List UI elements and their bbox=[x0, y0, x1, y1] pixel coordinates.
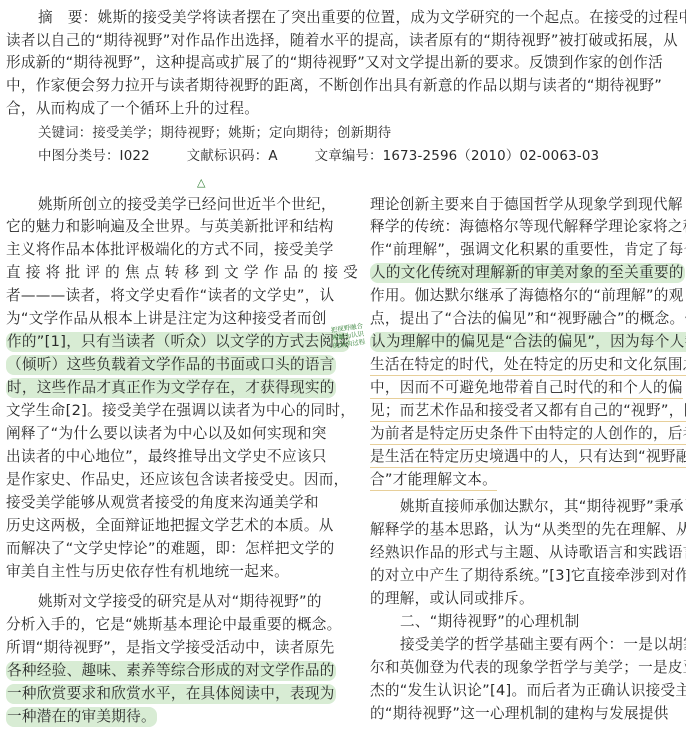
paragraph-line: 杰的“发生认识论”[4]。而后者为正确认识接受主体 bbox=[370, 681, 686, 701]
paragraph-line: 而解决了“文学史悖论”的难题，即：怎样把文学的 bbox=[6, 539, 335, 559]
article-meta: 中图分类号：I022 文献标识码：A 文章编号：1673-2596（2010）0… bbox=[38, 147, 599, 167]
underlined-line: 为前者是特定历史条件下由特定的人创作的，后者 bbox=[370, 424, 686, 445]
paragraph-line: 历史这两极，全面辩证地把握文学艺术的本质。从 bbox=[6, 516, 334, 536]
paragraph-line: 阐释了“为什么要以读者为中心以及如何实现和突 bbox=[6, 424, 327, 444]
paragraph-line: 的“期待视野”这一心理机制的建构与发展提供 bbox=[370, 704, 669, 724]
clc-number: I022 bbox=[120, 149, 150, 164]
highlighted-line: 一种欣赏要求和欣赏水平，在具体阅读中，表现为 bbox=[6, 684, 336, 704]
highlighted-line: （倾听）这些负载着文学作品的书面或口头的语言 bbox=[6, 355, 336, 375]
paragraph-line: 作“前理解”，强调文化积累的重要性，肯定了每个 bbox=[370, 240, 686, 260]
paragraph-line: 直 接 将 批 评 的 焦 点 转 移 到 文 学 作 品 的 接 受 bbox=[6, 263, 358, 283]
paragraph-line: 的对立中产生了期待系统。”[3]它直接牵涉到对作品 bbox=[370, 566, 686, 586]
abstract-label: 摘 要： bbox=[38, 9, 98, 26]
paragraph-line: 作用。伽达默尔继承了海德格尔的“前理解”的观 bbox=[370, 286, 684, 306]
highlighted-line: 人的文化传统对理解新的审美对象的至关重要的 bbox=[370, 263, 685, 283]
paragraph-line: 分析入手的，它是“姚斯基本理论中最重要的概念。 bbox=[6, 615, 342, 635]
paragraph-line: 理论创新主要来自于德国哲学从现象学到现代解 bbox=[370, 195, 683, 215]
abstract-line-2: 读者以自己的“期待视野”对作品作出选择，随着水平的提高，读者原有的“期待视野”被… bbox=[6, 31, 678, 51]
abstract-line-1: 摘 要：姚斯的接受美学将读者摆在了突出重要的位置，成为文学研究的一个起点。在接受… bbox=[38, 8, 686, 28]
doc-code: A bbox=[268, 149, 277, 164]
paragraph-line: 审美自主性与历史依存性有机地统一起来。 bbox=[6, 562, 289, 582]
margin-handwritten-note: 把视野融合理解为认识的双向过程 bbox=[329, 322, 368, 351]
highlighted-line: 一种潜在的审美期待。 bbox=[6, 707, 157, 727]
underlined-line: 合”才能理解文本。 bbox=[370, 470, 497, 491]
underlined-line: 中，因而不可避免地带着自己时代的和个人的偏 bbox=[370, 378, 683, 399]
paragraph-line: 姚斯直接师承伽达默尔，其“期待视野”秉承了 bbox=[400, 497, 686, 517]
paragraph-line: 姚斯所创立的接受美学已经问世近半个世纪， bbox=[38, 195, 336, 215]
highlighted-line: 各种经验、趣味、素养等综合形成的对文学作品的 bbox=[6, 661, 336, 681]
paragraph-line: 的理解，或认同或排斥。 bbox=[370, 589, 534, 609]
paragraph-line: 解释学的基本思路，认为“从类型的先在理解、从已 bbox=[370, 520, 686, 540]
paragraph-line: 是作家史、作品史，还应该包含读者接受史。因而， bbox=[6, 470, 349, 490]
paragraph-line: 它的魅力和影响遍及全世界。与英美新批评和结构 bbox=[6, 217, 334, 237]
underlined-line: 生活在特定的时代，处在特定的历史和文化氛围之 bbox=[370, 355, 686, 376]
abstract-line-3: 形成新的“期待视野”，这种提高或扩展了的“期待视野”又对文学提出新的要求。反馈到… bbox=[6, 53, 663, 73]
paragraph-line: 主义将作品本体批评极端化的方式不同，接受美学 bbox=[6, 240, 334, 260]
highlighted-line: 作的”[1]，只有当读者（听众）以文学的方式去阅读 bbox=[6, 332, 350, 352]
paragraph-line: 尔和英伽登为代表的现象学哲学与美学；一是皮亚 bbox=[370, 658, 686, 678]
paragraph-line: 姚斯对文学接受的研究是从对“期待视野”的 bbox=[38, 592, 322, 612]
paragraph-line: 出读者的中心地位”，最终推导出文学史不应该只 bbox=[6, 447, 327, 467]
keywords: 关键词：接受美学；期待视野；姚斯；定向期待；创新期待 bbox=[38, 124, 391, 144]
paragraph-line: 经熟识作品的形式与主题、从诗歌语言和实践语言 bbox=[370, 543, 686, 563]
underlined-line: 是生活在特定历史境遇中的人，只有达到“视野融 bbox=[370, 447, 686, 468]
abstract-line-5: 合，从而构成了一个循环上升的过程。 bbox=[6, 99, 259, 119]
paragraph-line: 所谓“期待视野”，是指文学接受活动中，读者原先 bbox=[6, 638, 335, 658]
triangle-annotation-icon: △ bbox=[197, 176, 205, 189]
paragraph-line: 文学生命[2]。接受美学在强调以读者为中心的同时， bbox=[6, 401, 355, 421]
underlined-line: 见；而艺术作品和接受者又都有自己的“视野”，因 bbox=[370, 401, 686, 422]
keywords-label: 关键词： bbox=[38, 126, 92, 141]
paragraph-line: 者———读者，将文学史看作“读者的文学史”，认 bbox=[6, 286, 335, 306]
section-heading: 二、“期待视野”的心理机制 bbox=[400, 612, 580, 632]
paragraph-line: 接受美学的哲学基础主要有两个：一是以胡塞 bbox=[400, 635, 686, 655]
article-number: 1673-2596（2010）02-0063-03 bbox=[383, 149, 600, 164]
keywords-value: 接受美学；期待视野；姚斯；定向期待；创新期待 bbox=[92, 126, 391, 141]
paragraph-line: 接受美学能够从观赏者接受的角度来沟通美学和 bbox=[6, 493, 319, 513]
highlighted-line: 认为理解中的偏见是“合法的偏见”，因为每个人都 bbox=[370, 332, 686, 352]
paragraph-line: 为“文学作品从根本上讲是注定为这种接受者而创 bbox=[6, 309, 327, 329]
paragraph-line: 释学的传统：海德格尔等现代解释学理论家将之称 bbox=[370, 217, 686, 237]
paragraph-line: 点，提出了“合法的偏见”和“视野融合”的概念。他 bbox=[370, 309, 686, 329]
highlighted-line: 时，这些作品才真正作为文学存在，才获得现实的 bbox=[6, 378, 336, 398]
abstract-line-4: 中，作家便会努力拉开与读者期待视野的距离，不断创作出具有新意的作品以期与读者的“… bbox=[6, 76, 662, 96]
